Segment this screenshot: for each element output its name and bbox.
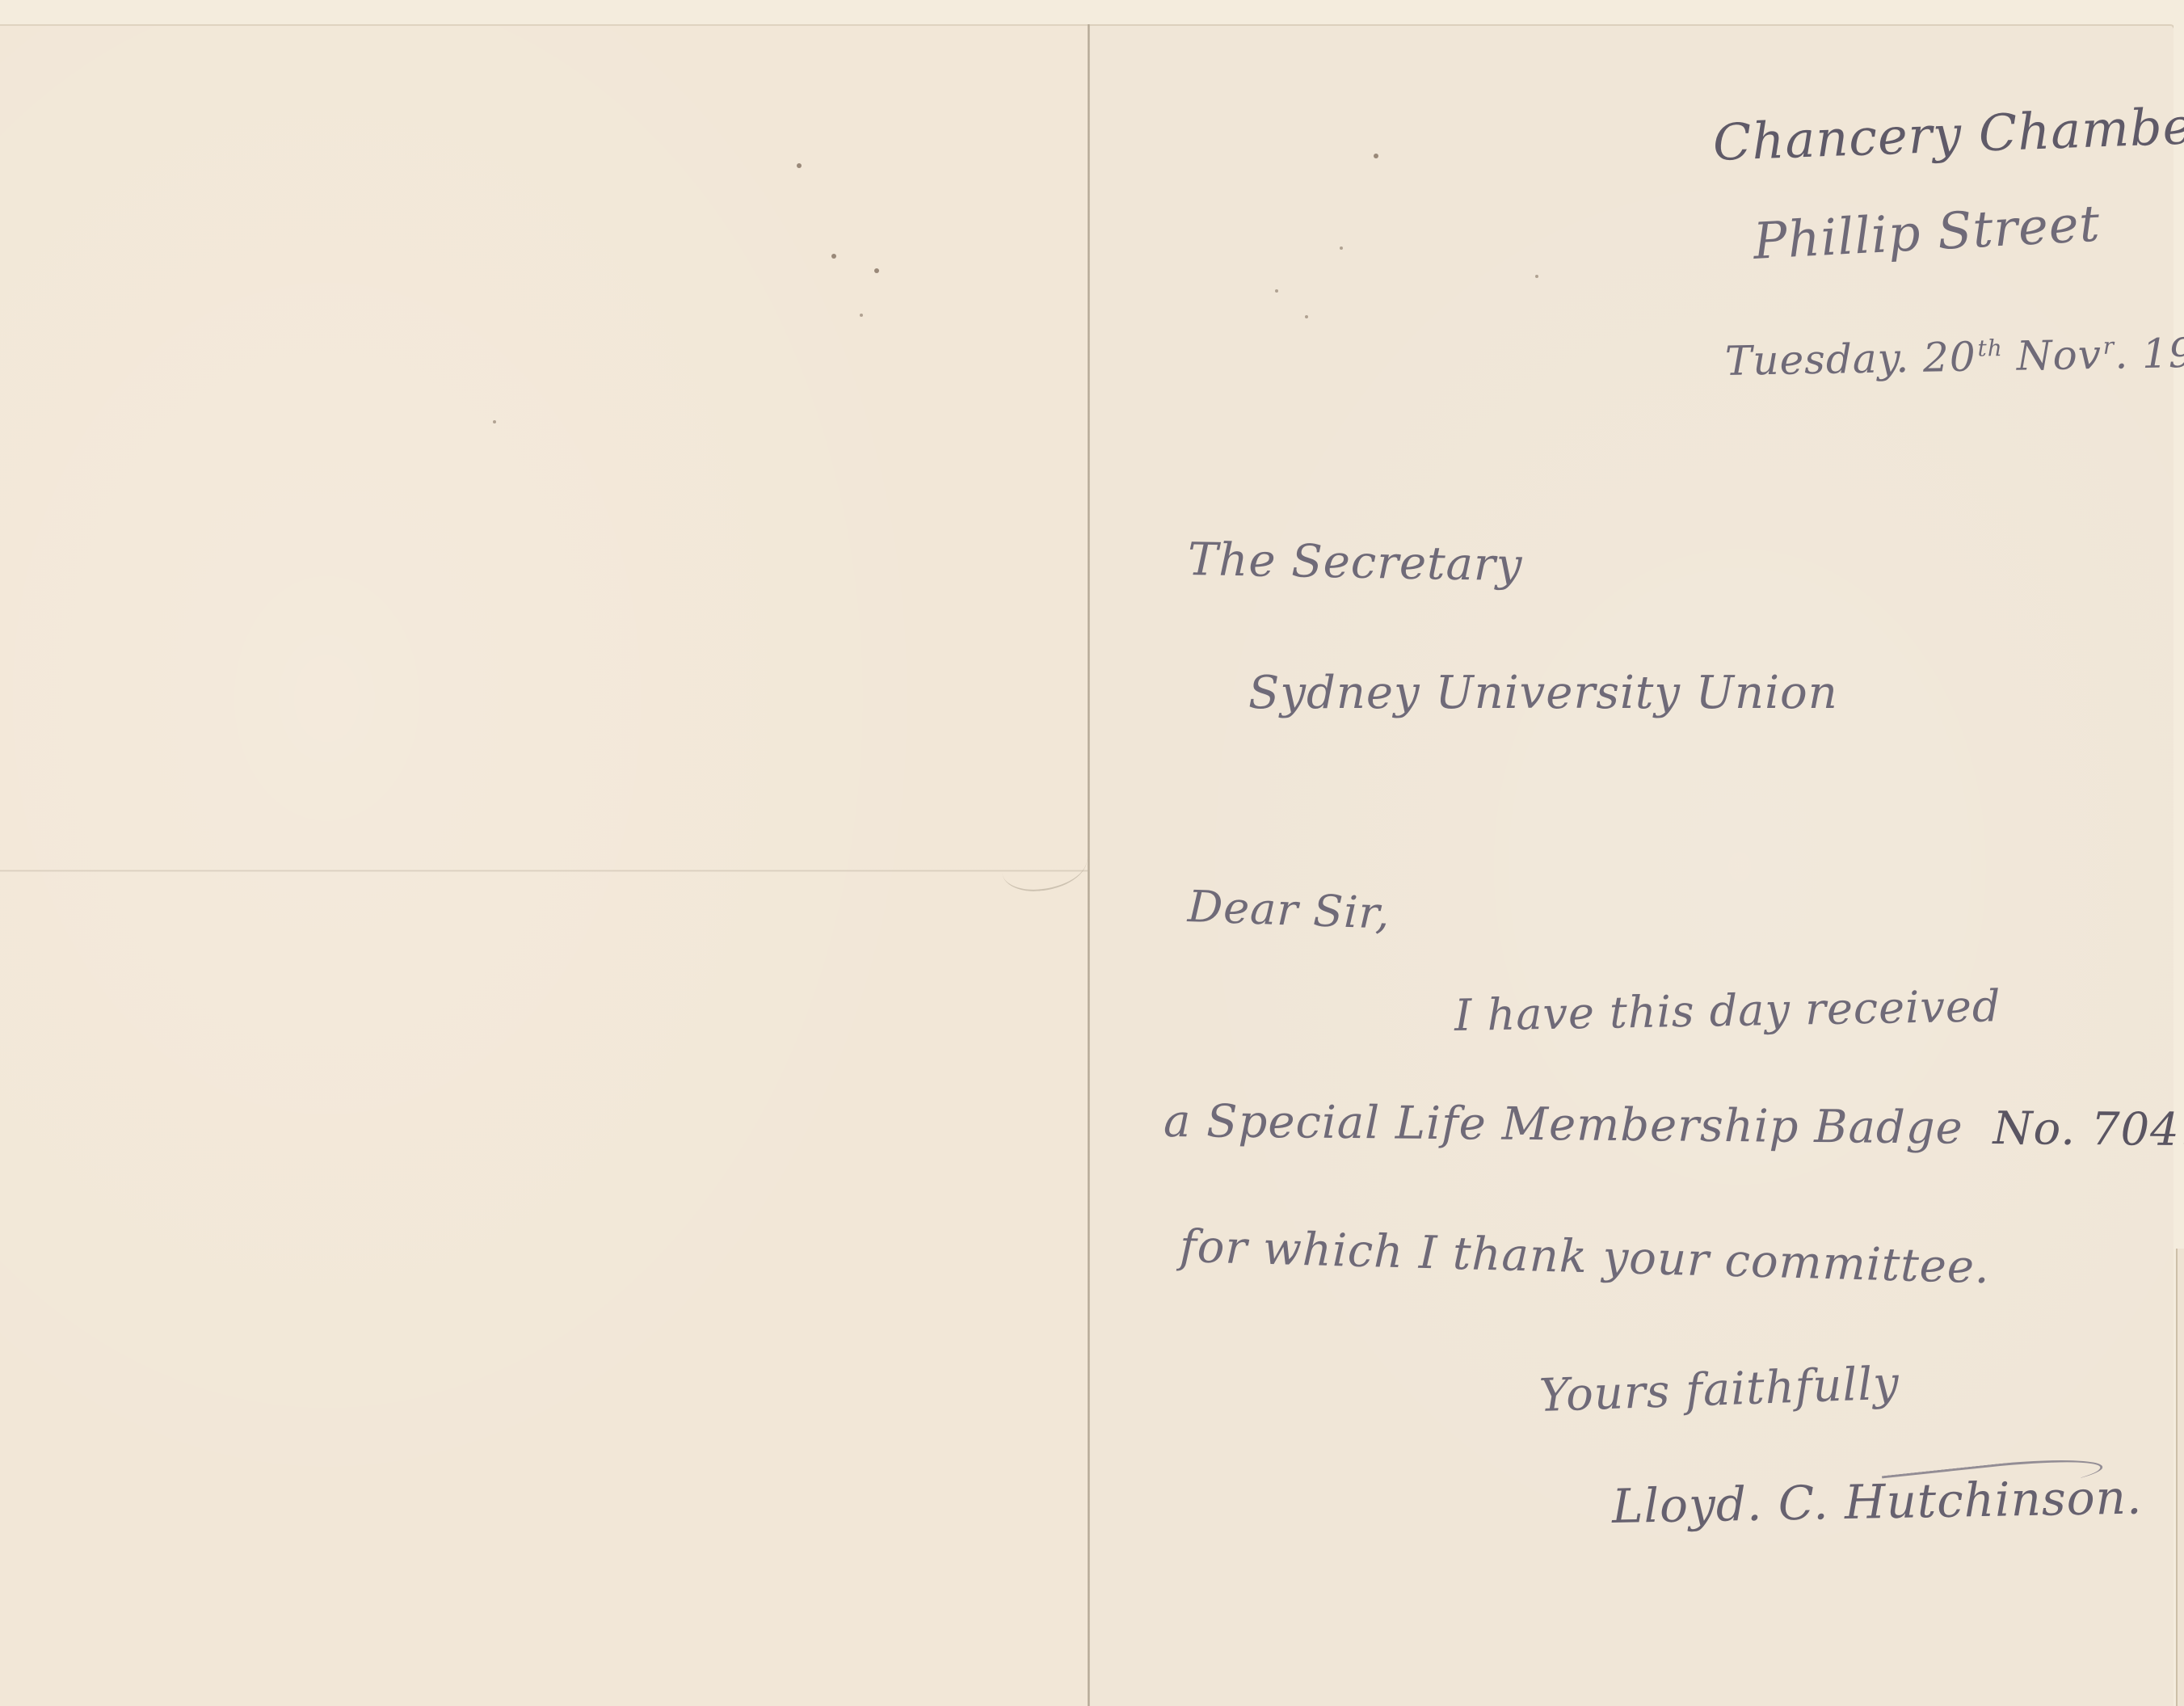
paper-speck (1374, 154, 1378, 158)
recipient-title: The Secretary (1187, 533, 1523, 592)
recipient-organization: Sydney University Union (1248, 667, 1838, 719)
date-month: Nov (2016, 331, 2102, 380)
date-day-name: Tuesday. (1724, 335, 1909, 385)
paper-speck (1305, 315, 1308, 318)
date-month-suffix: r (2102, 333, 2115, 360)
center-fold (1088, 24, 1090, 1706)
paper-speck (797, 163, 802, 168)
body-line-2-text: a Special Life Membership Badge (1164, 1095, 1963, 1155)
paper-speck (874, 268, 879, 273)
paper-speck (493, 420, 496, 423)
paper-speck (1340, 246, 1343, 250)
date-year: . 1923. (2115, 328, 2184, 377)
letter-date: Tuesday. 20th Novr. 1923. (1724, 328, 2184, 385)
underlying-sheet-edge (2176, 1249, 2184, 1706)
left-page-blank (0, 24, 1089, 1706)
salutation: Dear Sir, (1187, 881, 1391, 939)
date-day: 20 (1922, 334, 1976, 381)
body-line-1: I have this day received (1454, 980, 2001, 1041)
right-page-letter (1089, 24, 2175, 1706)
paper-speck (860, 314, 863, 317)
paper-speck (1535, 275, 1538, 278)
date-day-suffix: th (1977, 335, 2003, 362)
paper-speck (831, 254, 836, 259)
badge-number: No. 704. (1993, 1102, 2184, 1156)
body-line-2: a Special Life Membership Badge No. 704. (1164, 1095, 2184, 1156)
horizontal-fold-crease (0, 870, 1088, 872)
paper-speck (1275, 289, 1278, 293)
